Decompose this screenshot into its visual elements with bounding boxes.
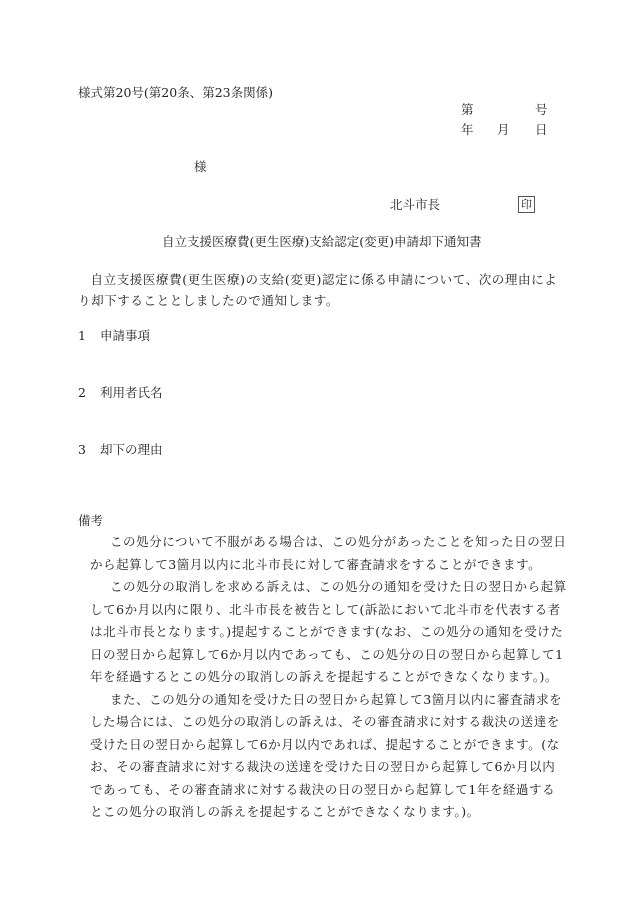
sender-name: 北斗市長 bbox=[390, 199, 440, 212]
remarks-heading: 備考 bbox=[78, 515, 103, 528]
item-number: 3 bbox=[78, 444, 100, 457]
item-number: 1 bbox=[78, 330, 100, 343]
remarks-paragraph: この処分の取消しを求める訴えは、この処分の通知を受けた日の翌日から起算して6か月… bbox=[84, 576, 568, 689]
addressee-honorific: 様 bbox=[194, 161, 207, 174]
remarks-body: この処分について不服がある場合は、この処分があったことを知った日の翌日から起算し… bbox=[84, 531, 568, 824]
item-label: 利用者氏名 bbox=[100, 385, 163, 400]
remarks-paragraph: また、この処分の通知を受けた日の翌日から起算して3箇月以内に審査請求をした場合に… bbox=[84, 689, 568, 824]
item-user-name: 2利用者氏名 bbox=[78, 387, 163, 400]
item-label: 申請事項 bbox=[100, 328, 150, 343]
remarks-paragraph: この処分について不服がある場合は、この処分があったことを知った日の翌日から起算し… bbox=[84, 531, 568, 576]
seal-icon: 印 bbox=[518, 196, 535, 213]
intro-paragraph: 自立支援医療費(更生医療)の支給(変更)認定に係る申請について、次の理由により却… bbox=[78, 269, 564, 311]
item-number: 2 bbox=[78, 387, 100, 400]
item-rejection-reason: 3却下の理由 bbox=[78, 444, 163, 457]
doc-number-prefix: 第 bbox=[461, 104, 474, 117]
date-month-label: 月 bbox=[497, 124, 510, 137]
form-id: 様式第20号(第20条、第23条関係) bbox=[78, 87, 273, 100]
date-day-label: 日 bbox=[535, 124, 548, 137]
doc-number-suffix: 号 bbox=[535, 104, 548, 117]
item-application-matter: 1申請事項 bbox=[78, 330, 150, 343]
item-label: 却下の理由 bbox=[100, 442, 163, 457]
date-year-label: 年 bbox=[461, 124, 474, 137]
document-title: 自立支援医療費(更生医療)支給認定(変更)申請却下通知書 bbox=[162, 236, 482, 249]
